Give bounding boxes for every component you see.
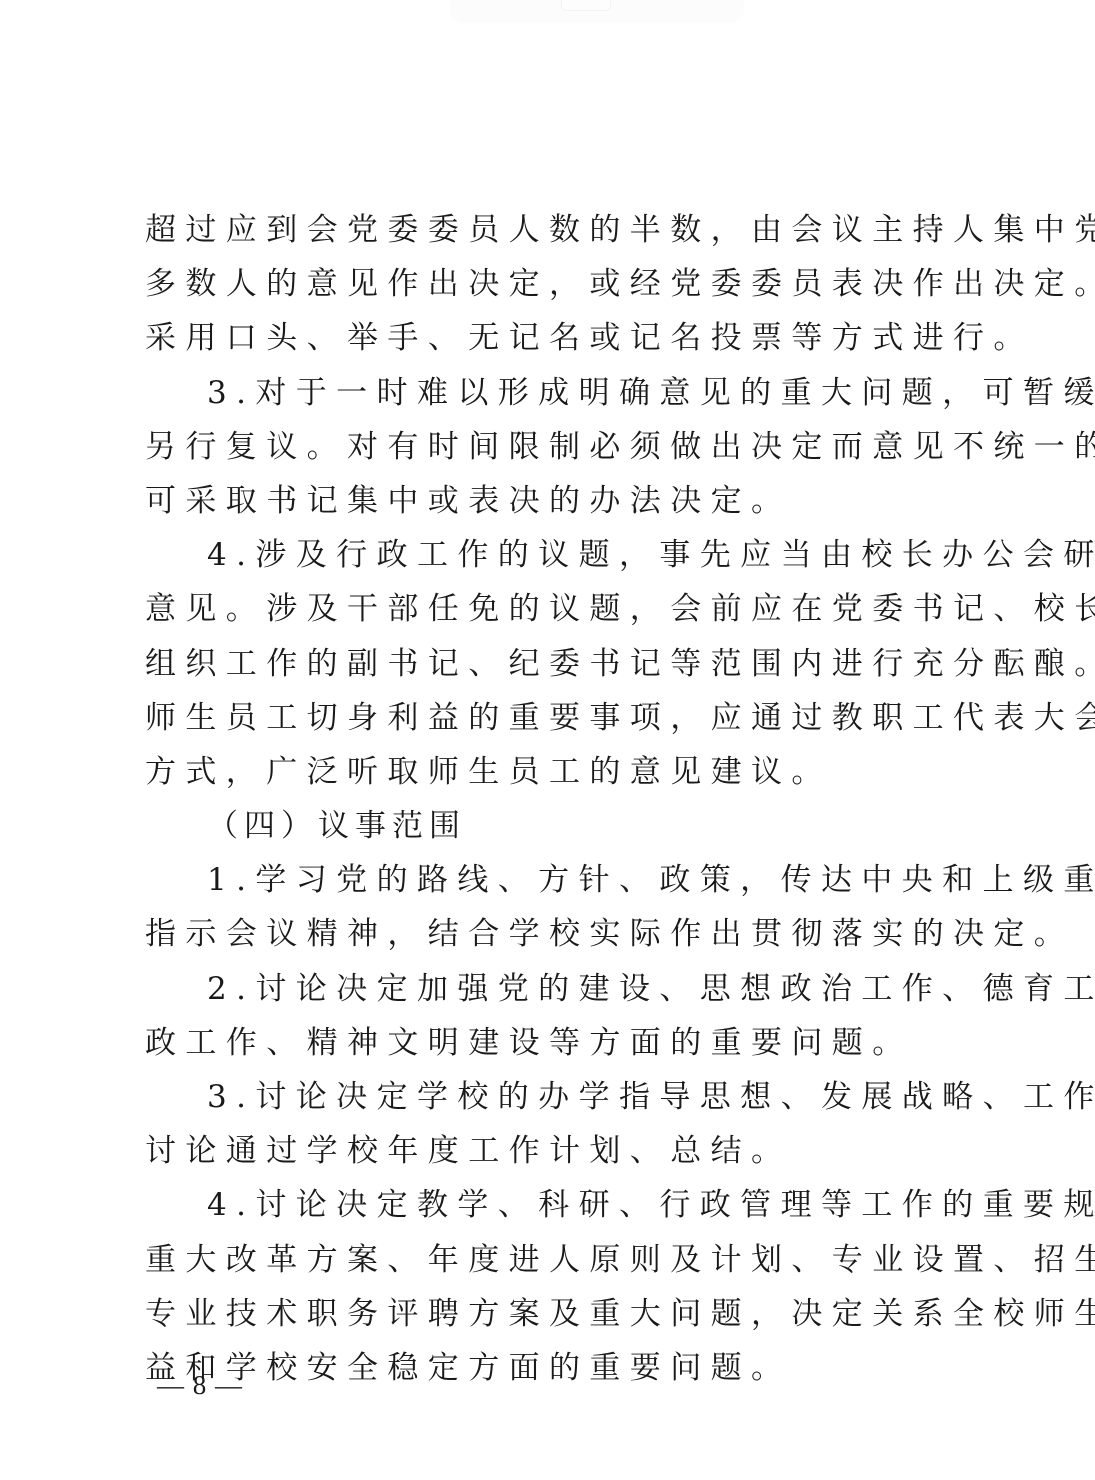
text-line: 多数人的意见作出决定，或经党委委员表决作出决定。表决可 bbox=[145, 257, 957, 311]
paragraph-start-line: 3.讨论决定学校的办学指导思想、发展战略、工作规划； bbox=[145, 1070, 957, 1124]
text-line: 采用口头、举手、无记名或记名投票等方式进行。 bbox=[145, 311, 957, 365]
text-line: 政工作、精神文明建设等方面的重要问题。 bbox=[145, 1016, 957, 1070]
document-body: 超过应到会党委委员人数的半数，由会议主持人集中党委委员 多数人的意见作出决定，或… bbox=[145, 203, 957, 1395]
text-line: 另行复议。对有时间限制必须做出决定而意见不统一的问题， bbox=[145, 420, 957, 474]
text-line: 专业技术职务评聘方案及重大问题，决定关系全校师生员工利 bbox=[145, 1287, 957, 1341]
top-pull-tab bbox=[450, 0, 744, 23]
text-line: 方式，广泛听取师生员工的意见建议。 bbox=[145, 745, 957, 799]
text-line: 讨论通过学校年度工作计划、总结。 bbox=[145, 1124, 957, 1178]
text-line: 重大改革方案、年度进人原则及计划、专业设置、招生计划、 bbox=[145, 1233, 957, 1287]
paragraph-start-line: 4.涉及行政工作的议题，事先应当由校长办公会研究提出 bbox=[145, 528, 957, 582]
text-line: 可采取书记集中或表决的办法决定。 bbox=[145, 474, 957, 528]
text-line: 超过应到会党委委员人数的半数，由会议主持人集中党委委员 bbox=[145, 203, 957, 257]
tab-notch bbox=[561, 0, 611, 11]
paragraph-start-line: 1.学习党的路线、方针、政策，传达中央和上级重要决定、 bbox=[145, 853, 957, 907]
paragraph-start-line: 2.讨论决定加强党的建设、思想政治工作、德育工作、廉 bbox=[145, 962, 957, 1016]
page-number: — 8 — bbox=[157, 1370, 243, 1401]
text-line: 意见。涉及干部任免的议题，会前应在党委书记、校长、分管 bbox=[145, 582, 957, 636]
text-line: 师生员工切身利益的重要事项，应通过教职工代表大会或其他 bbox=[145, 691, 957, 745]
text-line: 组织工作的副书记、纪委书记等范围内进行充分酝酿。对事关 bbox=[145, 637, 957, 691]
section-heading: （四）议事范围 bbox=[145, 799, 957, 853]
paragraph-start-line: 4.讨论决定教学、科研、行政管理等工作的重要规章制度、 bbox=[145, 1178, 957, 1232]
paragraph-start-line: 3.对于一时难以形成明确意见的重大问题，可暂缓决定， bbox=[145, 366, 957, 420]
text-line: 指示会议精神，结合学校实际作出贯彻落实的决定。 bbox=[145, 907, 957, 961]
text-line: 益和学校安全稳定方面的重要问题。 bbox=[145, 1341, 957, 1395]
